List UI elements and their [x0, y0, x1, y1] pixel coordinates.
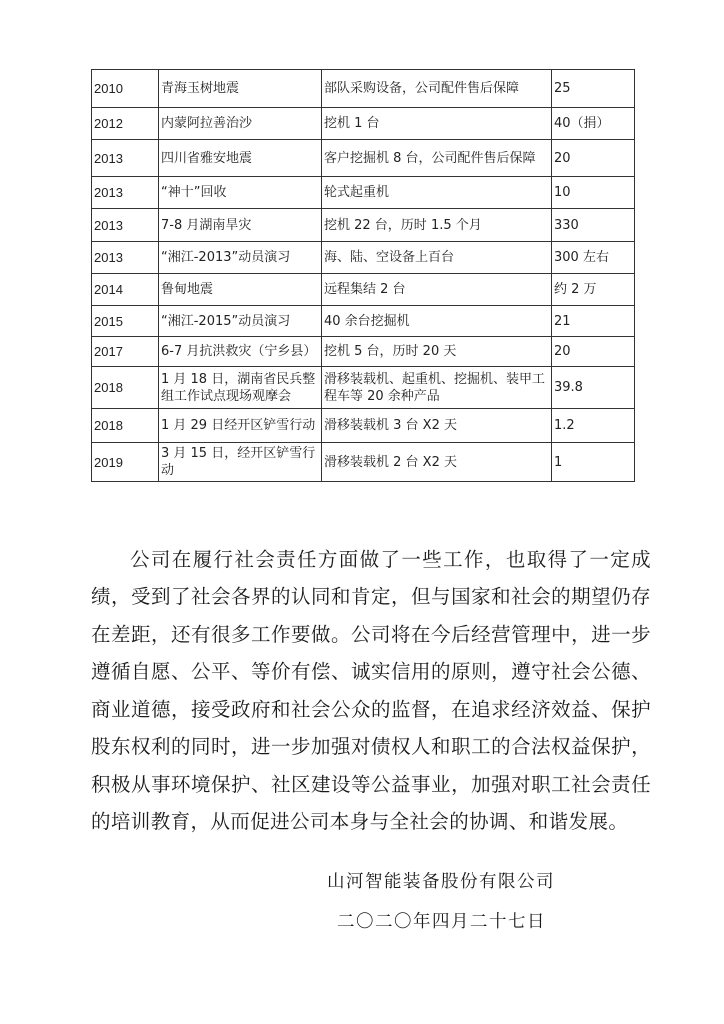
cell-event: 鲁甸地震 [159, 274, 322, 306]
cell-event: 四川省雅安地震 [159, 140, 322, 177]
cell-equipment: 挖机 1 台 [322, 108, 552, 140]
table-body: 2010 青海玉树地震 部队采购设备，公司配件售后保障 25 2012 内蒙阿拉… [92, 70, 635, 482]
cell-year: 2015 [92, 306, 159, 337]
cell-year: 2018 [92, 409, 159, 443]
cell-equipment: 滑移装载机 3 台 X2 天 [322, 409, 552, 443]
cell-value: 300 左右 [552, 242, 635, 274]
cell-equipment: 客户挖掘机 8 台，公司配件售后保障 [322, 140, 552, 177]
cell-year: 2013 [92, 140, 159, 177]
cell-event: 3 月 15 日，经开区铲雪行动 [159, 443, 322, 482]
table-row: 2019 3 月 15 日，经开区铲雪行动 滑移装载机 2 台 X2 天 1 [92, 443, 635, 482]
cell-year: 2019 [92, 443, 159, 482]
table-row: 2013 7-8 月湖南旱灾 挖机 22 台，历时 1.5 个月 330 [92, 209, 635, 242]
cell-event: 内蒙阿拉善治沙 [159, 108, 322, 140]
cell-equipment: 部队采购设备，公司配件售后保障 [322, 70, 552, 108]
cell-event: “湘江-2015”动员演习 [159, 306, 322, 337]
cell-equipment: 海、陆、空设备上百台 [322, 242, 552, 274]
cell-event: “神十”回收 [159, 177, 322, 209]
cell-value: 20 [552, 140, 635, 177]
cell-year: 2017 [92, 337, 159, 367]
cell-value: 1 [552, 443, 635, 482]
cell-value: 约 2 万 [552, 274, 635, 306]
cell-value: 25 [552, 70, 635, 108]
table-row: 2018 1 月 18 日，湖南省民兵整组工作试点现场观摩会 滑移装载机、起重机… [92, 367, 635, 409]
cell-year: 2010 [92, 70, 159, 108]
signature-company: 山河智能装备股份有限公司 [327, 868, 555, 893]
signature-date: 二〇二〇年四月二十七日 [337, 908, 546, 933]
document-page: 2010 青海玉树地震 部队采购设备，公司配件售后保障 25 2012 内蒙阿拉… [0, 0, 724, 1024]
cell-value: 10 [552, 177, 635, 209]
cell-equipment: 挖机 22 台，历时 1.5 个月 [322, 209, 552, 242]
cell-year: 2012 [92, 108, 159, 140]
cell-year: 2018 [92, 367, 159, 409]
cell-event: 7-8 月湖南旱灾 [159, 209, 322, 242]
cell-event: 1 月 18 日，湖南省民兵整组工作试点现场观摩会 [159, 367, 322, 409]
cell-year: 2013 [92, 177, 159, 209]
table-row: 2014 鲁甸地震 远程集结 2 台 约 2 万 [92, 274, 635, 306]
cell-value: 39.8 [552, 367, 635, 409]
cell-year: 2014 [92, 274, 159, 306]
table-row: 2013 “神十”回收 轮式起重机 10 [92, 177, 635, 209]
social-responsibility-table: 2010 青海玉树地震 部队采购设备，公司配件售后保障 25 2012 内蒙阿拉… [91, 69, 635, 482]
cell-event: “湘江-2013”动员演习 [159, 242, 322, 274]
table-row: 2015 “湘江-2015”动员演习 40 余台挖掘机 21 [92, 306, 635, 337]
cell-equipment: 挖机 5 台，历时 20 天 [322, 337, 552, 367]
cell-event: 1 月 29 日经开区铲雪行动 [159, 409, 322, 443]
table-row: 2013 四川省雅安地震 客户挖掘机 8 台，公司配件售后保障 20 [92, 140, 635, 177]
cell-value: 330 [552, 209, 635, 242]
cell-value: 1.2 [552, 409, 635, 443]
cell-value: 20 [552, 337, 635, 367]
table-row: 2010 青海玉树地震 部队采购设备，公司配件售后保障 25 [92, 70, 635, 108]
cell-event: 青海玉树地震 [159, 70, 322, 108]
cell-year: 2013 [92, 242, 159, 274]
cell-year: 2013 [92, 209, 159, 242]
cell-equipment: 40 余台挖掘机 [322, 306, 552, 337]
table-row: 2017 6-7 月抗洪救灾（宁乡县） 挖机 5 台，历时 20 天 20 [92, 337, 635, 367]
cell-equipment: 滑移装载机、起重机、挖掘机、装甲工程车等 20 余种产品 [322, 367, 552, 409]
table-row: 2012 内蒙阿拉善治沙 挖机 1 台 40（捐） [92, 108, 635, 140]
cell-value: 40（捐） [552, 108, 635, 140]
cell-event: 6-7 月抗洪救灾（宁乡县） [159, 337, 322, 367]
cell-equipment: 滑移装载机 2 台 X2 天 [322, 443, 552, 482]
table-row: 2018 1 月 29 日经开区铲雪行动 滑移装载机 3 台 X2 天 1.2 [92, 409, 635, 443]
body-paragraph: 公司在履行社会责任方面做了一些工作，也取得了一定成绩，受到了社会各界的认同和肯定… [91, 541, 651, 841]
cell-equipment: 轮式起重机 [322, 177, 552, 209]
table-row: 2013 “湘江-2013”动员演习 海、陆、空设备上百台 300 左右 [92, 242, 635, 274]
cell-value: 21 [552, 306, 635, 337]
cell-equipment: 远程集结 2 台 [322, 274, 552, 306]
